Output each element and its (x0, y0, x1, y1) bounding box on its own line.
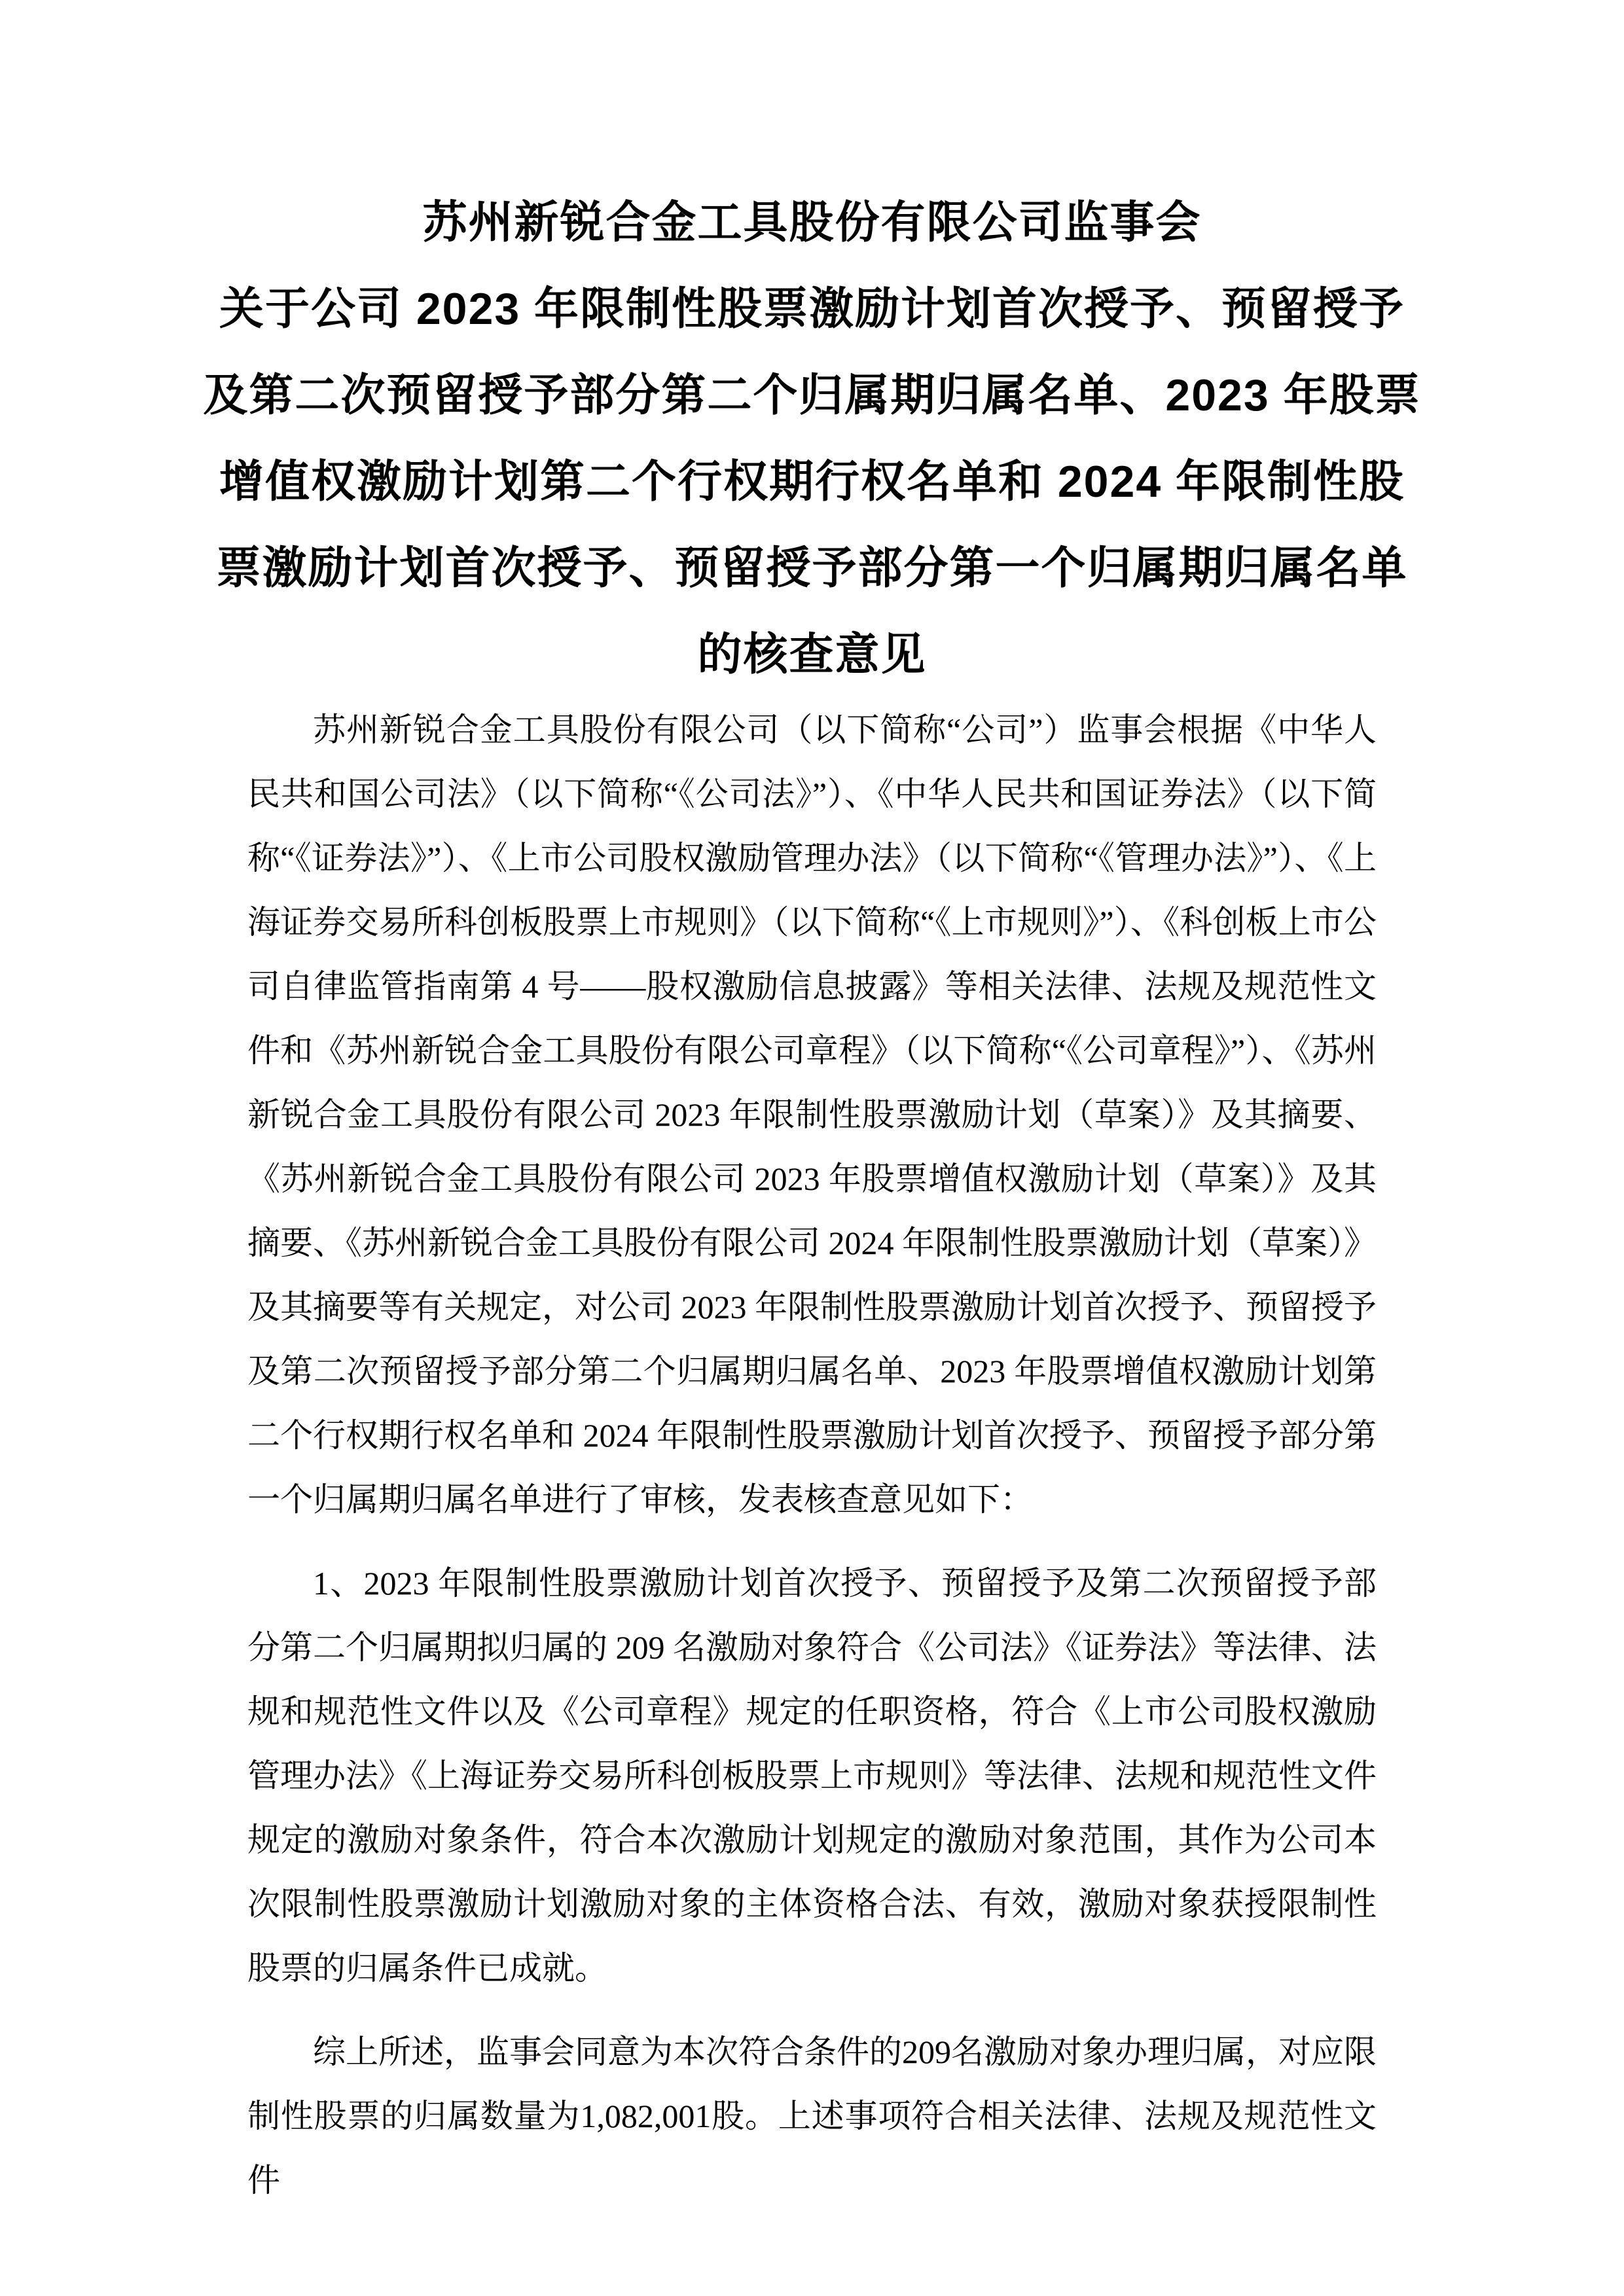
title-line-5: 票激励计划首次授予、预留授予部分第一个归属期归属名单 (0, 525, 1624, 611)
paragraph-opinion-item-1: 1、2023 年限制性股票激励计划首次授予、预留授予及第二次预留授予部分第二个归… (247, 1551, 1377, 2000)
title-line-3: 及第二次预留授予部分第二个归属期归属名单、2023 年股票 (0, 352, 1624, 439)
document-body: 苏州新锐合金工具股份有限公司（以下简称“公司”）监事会根据《中华人民共和国公司法… (247, 698, 1377, 2212)
document-title: 苏州新锐合金工具股份有限公司监事会 关于公司 2023 年限制性股票激励计划首次… (0, 0, 1624, 698)
title-line-4: 增值权激励计划第二个行权期行权名单和 2024 年限制性股 (0, 439, 1624, 525)
title-line-2: 关于公司 2023 年限制性股票激励计划首次授予、预留授予 (0, 266, 1624, 352)
title-line-1: 苏州新锐合金工具股份有限公司监事会 (0, 179, 1624, 266)
document-page: 苏州新锐合金工具股份有限公司监事会 关于公司 2023 年限制性股票激励计划首次… (0, 0, 1624, 2296)
paragraph-legal-basis: 苏州新锐合金工具股份有限公司（以下简称“公司”）监事会根据《中华人民共和国公司法… (247, 698, 1377, 1532)
paragraph-conclusion: 综上所述，监事会同意为本次符合条件的209名激励对象办理归属，对应限制性股票的归… (247, 2020, 1377, 2212)
title-line-6: 的核查意见 (0, 611, 1624, 698)
